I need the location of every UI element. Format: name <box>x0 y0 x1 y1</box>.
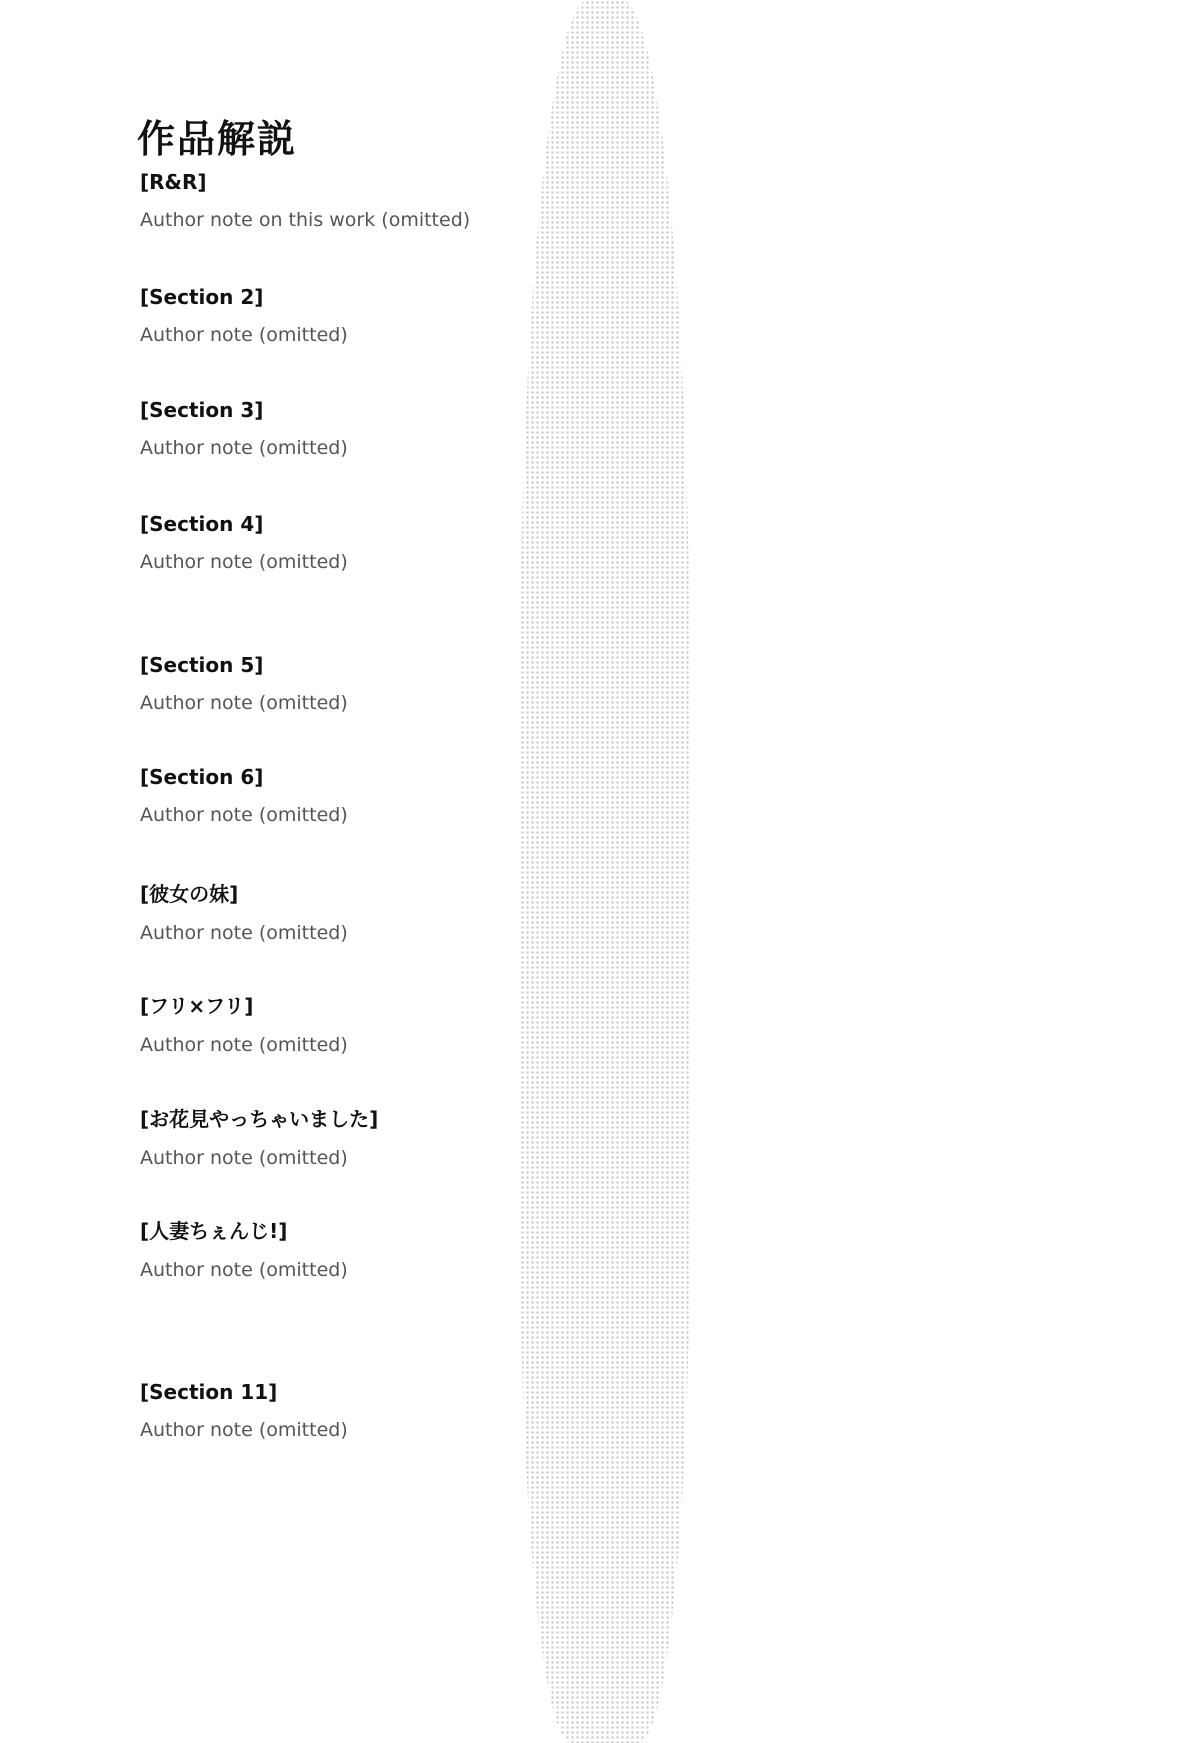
section-8: [フリ×フリ] Author note (omitted) <box>140 990 1100 1061</box>
section-text: Author note (omitted) <box>140 1414 1100 1446</box>
section-5: [Section 5] Author note (omitted) <box>140 653 1100 719</box>
section-text: Author note (omitted) <box>140 917 1100 949</box>
section-text: Author note (omitted) <box>140 319 1100 351</box>
background-halftone-silhouette <box>520 0 690 1743</box>
section-text: Author note (omitted) <box>140 687 1100 719</box>
section-text: Author note (omitted) <box>140 1142 1100 1174</box>
section-3: [Section 3] Author note (omitted) <box>140 398 1100 464</box>
section-title: [Section 6] <box>140 765 1100 789</box>
section-title: [お花見やっちゃいました] <box>140 1103 1100 1132</box>
section-title: [彼女の妹] <box>140 878 1100 907</box>
section-2: [Section 2] Author note (omitted) <box>140 285 1100 351</box>
section-title: [Section 3] <box>140 398 1100 422</box>
section-4: [Section 4] Author note (omitted) <box>140 512 1100 578</box>
section-title: [フリ×フリ] <box>140 990 1100 1019</box>
section-title: [R&R] <box>140 170 1100 194</box>
section-6: [Section 6] Author note (omitted) <box>140 765 1100 831</box>
section-text: Author note (omitted) <box>140 1254 1100 1286</box>
section-text: Author note (omitted) <box>140 432 1100 464</box>
section-title: [Section 4] <box>140 512 1100 536</box>
section-text: Author note (omitted) <box>140 1029 1100 1061</box>
section-title: [Section 5] <box>140 653 1100 677</box>
section-1: [R&R] Author note on this work (omitted) <box>140 170 1100 236</box>
section-7: [彼女の妹] Author note (omitted) <box>140 878 1100 949</box>
section-title: [Section 11] <box>140 1380 1100 1404</box>
section-9: [お花見やっちゃいました] Author note (omitted) <box>140 1103 1100 1174</box>
section-text: Author note on this work (omitted) <box>140 204 1100 236</box>
section-title: [人妻ちぇんじ!] <box>140 1215 1100 1244</box>
section-11: [Section 11] Author note (omitted) <box>140 1380 1100 1446</box>
section-text: Author note (omitted) <box>140 546 1100 578</box>
section-title: [Section 2] <box>140 285 1100 309</box>
section-text: Author note (omitted) <box>140 799 1100 831</box>
page-title: 作品解説 <box>137 108 297 163</box>
section-10: [人妻ちぇんじ!] Author note (omitted) <box>140 1215 1100 1286</box>
